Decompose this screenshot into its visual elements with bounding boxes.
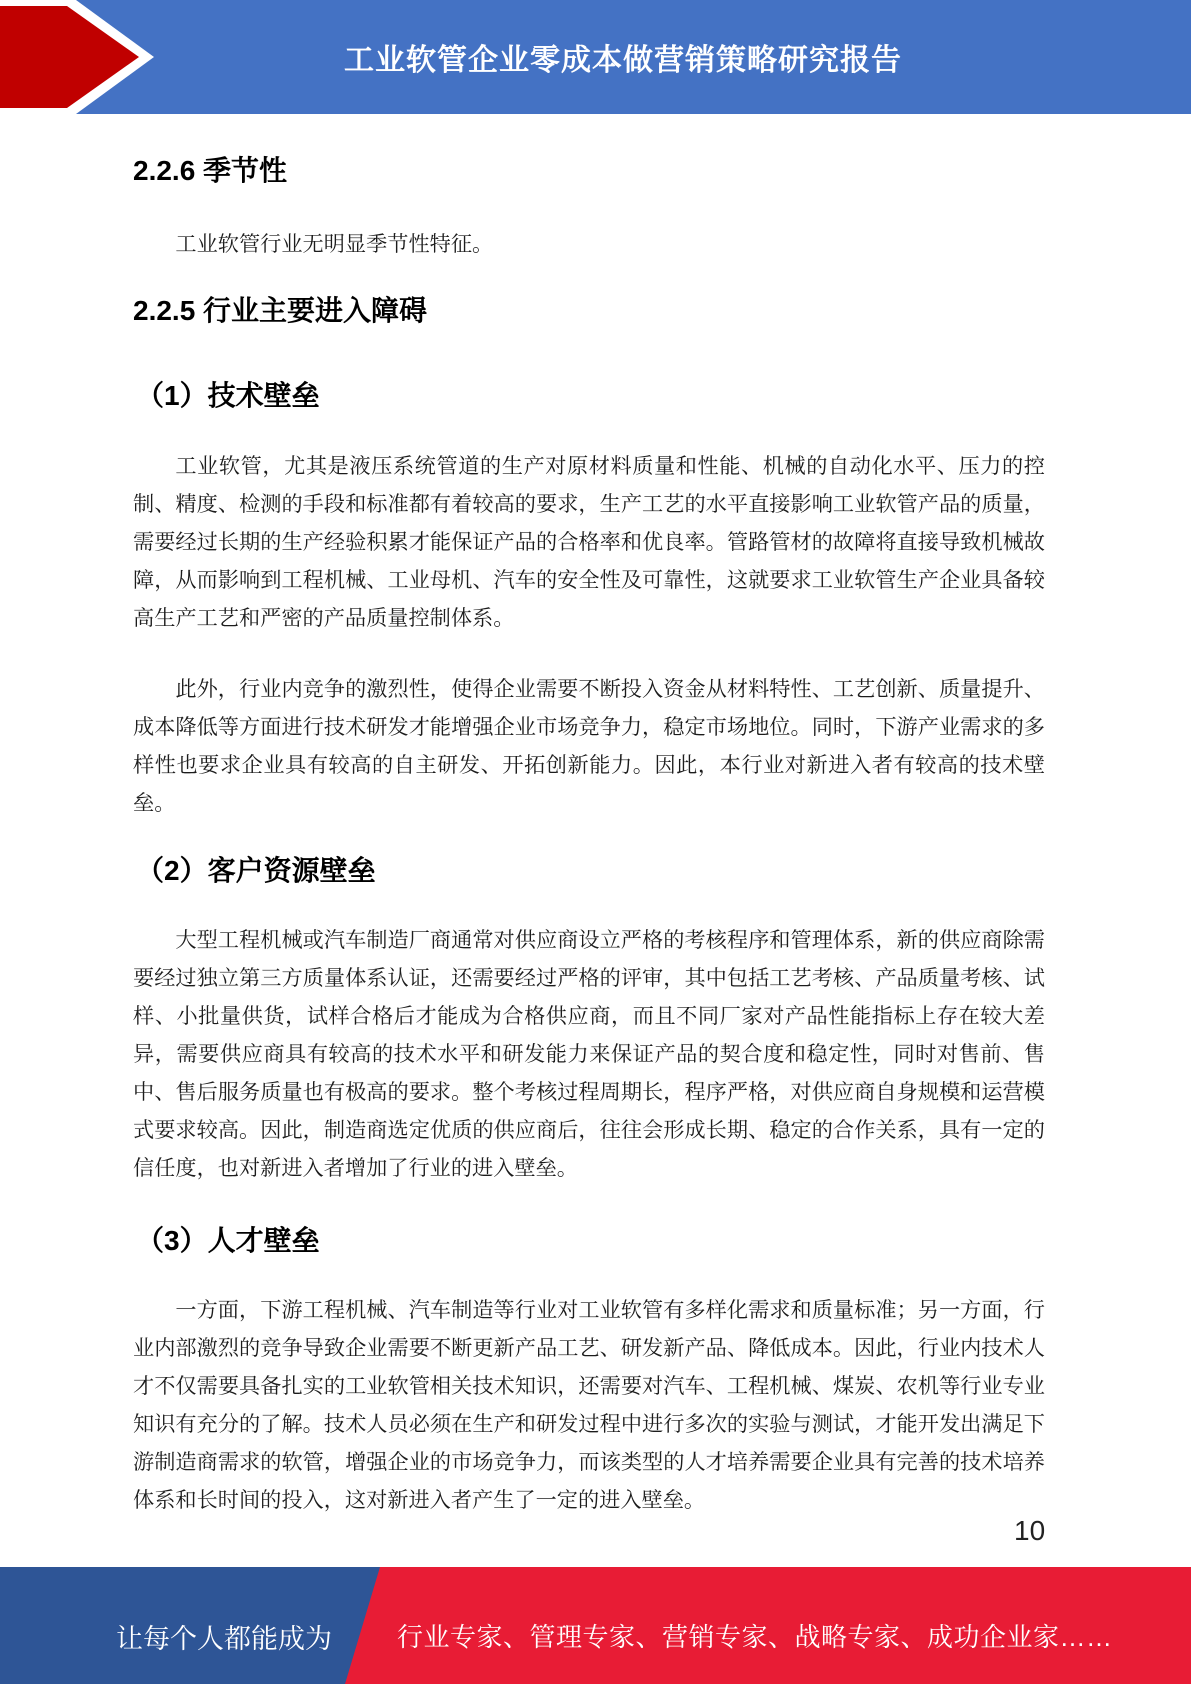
page-number: 10 (1014, 1515, 1074, 1547)
report-title: 工业软管企业零成本做营销策略研究报告 (55, 0, 1191, 114)
subsection-heading-talent-barrier: （3）人才壁垒 (136, 1224, 1048, 1258)
subsection-heading-customer-barrier: （2）客户资源壁垒 (136, 854, 1048, 888)
paragraph-talent-barrier: 一方面，下游工程机械、汽车制造等行业对工业软管有多样化需求和质量标准；另一方面，… (133, 1291, 1045, 1519)
footer-slogan-right: 行业专家、管理专家、营销专家、战略专家、成功企业家…… (397, 1617, 1113, 1654)
subsection-heading-tech-barrier: （1）技术壁垒 (136, 379, 1048, 413)
paragraph-tech-barrier-2: 此外，行业内竞争的激烈性，使得企业需要不断投入资金从材料特性、工艺创新、质量提升… (133, 670, 1045, 822)
section-heading-entry-barriers: 2.2.5 行业主要进入障碍 (133, 294, 1045, 328)
page-header-band: 工业软管企业零成本做营销策略研究报告 (0, 0, 1191, 114)
report-page: 工业软管企业零成本做营销策略研究报告 2.2.6 季节性 工业软管行业无明显季节… (0, 0, 1191, 1684)
paragraph-tech-barrier-1: 工业软管，尤其是液压系统管道的生产对原材料质量和性能、机械的自动化水平、压力的控… (133, 447, 1045, 637)
page-footer-band: 让每个人都能成为 行业专家、管理专家、营销专家、战略专家、成功企业家…… (0, 1567, 1191, 1684)
section-heading-seasonality: 2.2.6 季节性 (133, 154, 1045, 188)
footer-slogan-left: 让每个人都能成为 (116, 1617, 332, 1656)
paragraph-customer-barrier: 大型工程机械或汽车制造厂商通常对供应商设立严格的考核程序和管理体系，新的供应商除… (133, 921, 1045, 1187)
paragraph-seasonality: 工业软管行业无明显季节性特征。 (133, 225, 1045, 263)
